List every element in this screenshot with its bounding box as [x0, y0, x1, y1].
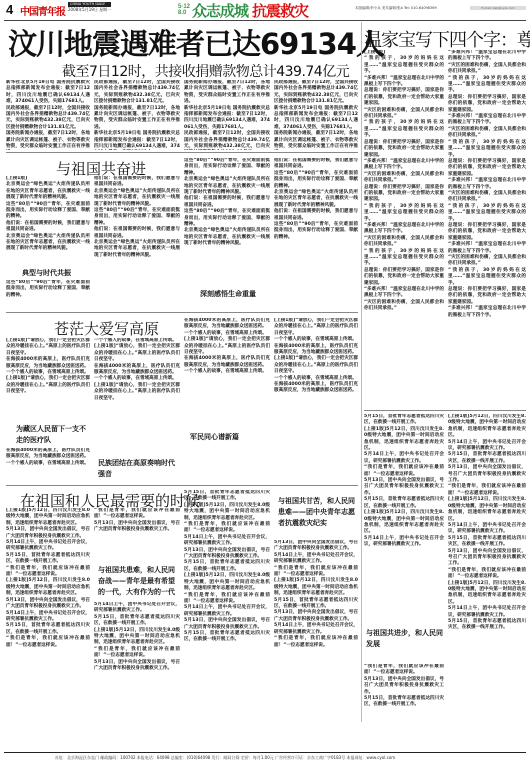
needed-paragraph: 5月15日，首批青年志愿者抵达四川灾区，在救援一线开展工作。	[448, 452, 526, 465]
main-story-paragraph: 新华社北京5月19日电 国务院抗震救灾总指挥部新闻发布会通报：截至7日12时，四…	[94, 131, 180, 150]
main-story-column-1: 新华社北京5月19日电 国务院抗震救灾总指挥部新闻发布会通报：截至7日12时，四…	[6, 80, 90, 150]
youth-paragraph: 他们说：在祖国需要的时候，我们愿意与祖国共同奋进。	[6, 221, 90, 234]
plateau-paragraph: 在海拔4000米的高原上，医疗队员们克服高原反应，为当地藏族群众送医送药。	[274, 344, 358, 357]
main-story-paragraph: 新华社北京5月19日电 国务院抗震救灾总指挥部新闻发布会通报：截至7日12时，四…	[184, 106, 270, 132]
masthead-meta: CHINA YOUTH DAILY 2008年5月19日 星期一	[68, 2, 111, 12]
needed-paragraph: 5月14日上午，团中央书记处召开会议，研究部署抗震救灾工作。	[94, 602, 180, 615]
needed-paragraph: [上接1版]5月12日，四川汶川发生8.0级特大地震，团中央第一时间启动应急机制…	[184, 573, 270, 592]
youth-paragraph: 北京奥运会“绿色奥运”火炬传递队员所在地的灾区青年志愿者，在抗震救灾一线展现了新…	[274, 190, 358, 209]
needed-paragraph: 5月13日，团中央向全国发出倡议，号召广大团员青年积极投身抗震救灾工作。	[274, 610, 358, 623]
needed-paragraph: 5月14日上午，团中央书记处召开会议，研究部署抗震救灾工作。	[274, 553, 358, 566]
needed-paragraph: [上接1版]5月12日，四川汶川发生8.0级特大地震，团中央第一时间启动应急机制…	[448, 497, 526, 523]
needed-paragraph: 5月14日上午，团中央书记处召开会议，研究部署抗震救灾工作。	[274, 623, 358, 636]
needed-paragraph: “我们是青年，我们就应该冲在最前面！”一位志愿者这样说。	[448, 484, 526, 497]
youth-paragraph: 北京奥运会“绿色奥运”火炬传递队员所在地的灾区青年志愿者，在抗震救灾一线展现了新…	[184, 228, 270, 247]
right-story-paragraph: 总理说：你们要把学习搞好，国家是你们的依靠，党和政府一定会帮助大家重建家园。	[448, 223, 526, 242]
right-story-paragraph: “我的孩子，30岁的妈妈在这里……”温家宝总理握住受灾群众的手。	[364, 204, 444, 223]
needed-paragraph: 5月15日，首批青年志愿者抵达四川灾区，在救援一线开展工作。	[6, 623, 90, 636]
plateau-paragraph: 在海拔4000米的高原上，医疗队员们克服高原反应，为当地藏族群众送医送药。	[6, 448, 90, 461]
right-story-paragraph: “灾区的困难和伤痛，全国人民都会和你们共同承担。”	[364, 108, 444, 121]
youth-subhead-2: 深刻感悟生命重量	[200, 289, 270, 300]
youth-paragraph: 北京奥运会“绿色奥运”火炬传递队员所在地的灾区青年志愿者，在抗震救灾一线展现了新…	[94, 189, 180, 208]
plateau-column-1: [上接1版]“请放心，我们一定会把灾区群众的冷暖挂在心上。”高原上的医疗队员们日…	[6, 338, 90, 422]
right-story-paragraph: 总理说：你们要把学习搞好，国家是你们的依靠，党和政府一定会帮助大家重建家园。	[448, 159, 526, 178]
needed-paragraph: 5月15日，首批青年志愿者抵达四川灾区，在救援一线开展工作。	[274, 598, 358, 611]
needed-paragraph: 5月14日上午，团中央书记处召开会议，研究部署抗震救灾工作。	[184, 605, 270, 618]
youth-paragraph: 这些“80后”“90后”青年，在灾难面前挺身而出，用实际行动诠释了爱国、奉献的精…	[94, 208, 180, 227]
needed-paragraph: 5月14日上午，团中央书记处召开会议，研究部署抗震救灾工作。	[448, 440, 526, 453]
editor-credits: 本版编辑/李小兵 美术编辑/张A Tel: 010-64098369	[355, 6, 437, 11]
needed-paragraph: “我们是青年，我们就应该冲在最前面！”一位志愿者这样说。	[6, 636, 90, 649]
youth-paragraph: 他们说：在祖国需要的时候，我们愿意与祖国共同奋进。	[184, 196, 270, 209]
needed-paragraph: [上接1版]5月12日，四川汶川发生8.0级特大地震，团中央第一时间启动应急机制…	[6, 578, 90, 597]
youth-paragraph: 他们说：在祖国需要的时候，我们愿意与祖国共同奋进。	[274, 158, 358, 171]
plateau-paragraph: 在海拔4000米的高原上，医疗队员们克服高原反应，为当地藏族群众送医送药。	[184, 356, 270, 369]
main-story-paragraph: 新华社北京5月19日电 国务院抗震救灾总指挥部新闻发布会通报：截至7日12时，四…	[6, 80, 90, 106]
main-story-column-3: 国务院新闻办通报，截至7日12时，各地累计向灾区调运帐篷、被子、衣物等救灾物资，…	[184, 80, 270, 150]
needed-paragraph: 5月14日上午，团中央书记处召开会议，研究部署抗震救灾工作。	[6, 540, 90, 553]
right-story-column-1: [上接1版] “我的孩子，30岁的妈妈在这里……”温家宝总理握住受灾群众的手。 …	[364, 50, 444, 408]
plateau-subhead-2: 民族团结在高原奏响时代强音	[98, 458, 178, 480]
needed-paragraph: 5月15日，首批青年志愿者抵达四川灾区，在救援一线开展工作。	[6, 553, 90, 566]
needed-paragraph: 5月13日，团中央向全国发出倡议，号召广大团员青年积极投身抗震救灾工作。	[184, 618, 270, 631]
plateau-column-3: 在海拔4000米的高原上，医疗队员们克服高原反应，为当地藏族群众送医送药。 一个…	[184, 318, 270, 428]
right-lower-column-1b: “我们是青年，我们就应该冲在最前面！”一位志愿者这样说。 5月13日，团中央向全…	[364, 664, 444, 746]
needed-paragraph: “我们是青年，我们就应该冲在最前面！”一位志愿者这样说。	[364, 465, 444, 478]
needed-paragraph: 5月13日，团中央向全国发出倡议，号召广大团员青年积极投身抗震救灾工作。	[364, 478, 444, 497]
right-story-headline: 温家宝写下四个字：尊严，刚强	[364, 26, 530, 52]
plateau-paragraph: 一个个感人的故事，在雪域高原上传颂。	[6, 461, 90, 467]
youth-paragraph: 他们说：在祖国需要的时候，我们愿意与祖国共同奋进。	[94, 176, 180, 189]
right-story-paragraph: “多难兴邦！”温家宝总理在北川中学的黑板上写下四个字。	[448, 242, 526, 255]
needed-paragraph: 5月13日，团中央向全国发出倡议，号召广大团员青年积极投身抗震救灾工作。	[94, 660, 180, 673]
needed-paragraph: 5月15日，首批青年志愿者抵达四川灾区，在救援一线开展工作。	[364, 497, 444, 510]
main-story-paragraph: 国务院新闻办通报，截至7日12时，各地累计向灾区调运帐篷、被子、衣物等救灾物资，…	[94, 106, 180, 132]
right-story-paragraph: “我的孩子，30岁的妈妈在这里……”温家宝总理握住受灾群众的手。	[448, 140, 526, 159]
right-story-paragraph: “灾区的困难和伤痛，全国人民都会和你们共同承担。”	[364, 236, 444, 249]
youth-paragraph: 他们说：在祖国需要的时候，我们愿意与祖国共同奋进。	[94, 227, 180, 240]
column-divider	[361, 22, 362, 722]
needed-paragraph: “我们是青年，我们就应该冲在最前面！”一位志愿者这样说。	[6, 566, 90, 579]
right-story-paragraph: 总理说：你们要把学习搞好，国家是你们的依靠，党和政府一定会帮助大家重建家园。	[364, 268, 444, 287]
needed-paragraph: [上接1版]5月12日，四川汶川发生8.0级特大地震，团中央第一时间启动应急机制…	[448, 414, 526, 440]
main-story-paragraph: 国务院新闻办通报，截至7日12时，各地累计向灾区调运帐篷、被子、衣物等救灾物资，…	[184, 80, 270, 106]
earthquake-banner: 5·12 8.0 众志成城 抗震救灾	[178, 1, 308, 19]
main-story-paragraph: 新华社北京5月19日电 国务院抗震救灾总指挥部新闻发布会通报：截至7日12时，四…	[274, 106, 358, 132]
right-story-paragraph: “我的孩子，30岁的妈妈在这里……”温家宝总理握住受灾群众的手。	[364, 120, 444, 139]
page-number: 4	[6, 2, 13, 17]
right-story-paragraph: 总理说：你们要把学习搞好，国家是你们的依靠，党和政府一定会帮助大家重建家园。	[364, 185, 444, 204]
right-story-paragraph: “多难兴邦！”温家宝总理在北川中学的黑板上写下四个字。	[448, 178, 526, 191]
needed-subhead-3: 与祖国共进步，和人民同发展	[366, 628, 444, 650]
right-story-paragraph: “多难兴邦！”温家宝总理在北川中学的黑板上写下四个字。	[448, 50, 526, 63]
plateau-column-4: [上接1版]“请放心，我们一定会把灾区群众的冷暖挂在心上。”高原上的医疗队员们日…	[274, 318, 358, 473]
youth-paragraph: 北京奥运会“绿色奥运”火炬传递队员所在地的灾区青年志愿者，在抗震救灾一线展现了新…	[6, 182, 90, 201]
needed-paragraph: 5月15日，首批青年志愿者抵达四川灾区，在救援一线开展工作。	[448, 619, 526, 632]
needed-paragraph: 5月15日，首批青年志愿者抵达四川灾区，在救援一线开展工作。	[184, 560, 270, 573]
newspaper-logo: 中国青年报	[20, 3, 65, 18]
plateau-paragraph: [上接1版]“请放心，我们一定会把灾区群众的冷暖挂在心上。”高原上的医疗队员们日…	[94, 383, 180, 402]
right-story-paragraph: “多难兴邦！”温家宝总理在北川中学的黑板上写下四个字。	[448, 114, 526, 127]
right-story-paragraph: “灾区的困难和伤痛，全国人民都会和你们共同承担。”	[448, 191, 526, 204]
needed-paragraph: “我们是青年，我们就应该冲在最前面！”一位志愿者这样说。	[364, 664, 444, 677]
right-story-paragraph: 总理说：你们要把学习搞好，国家是你们的依靠，党和政府一定会帮助大家重建家园。	[364, 88, 444, 107]
main-story-paragraph: 民政部通报，截至7日12时，全国共接收国内外社会各界捐赠款物总计439.74亿元…	[184, 131, 270, 150]
needed-paragraph: [上接1版]5月12日，四川汶川发生8.0级特大地震，团中央第一时间启动应急机制…	[6, 508, 90, 527]
needed-paragraph: 5月13日，团中央向全国发出倡议，号召广大团员青年积极投身抗震救灾工作。	[364, 677, 444, 696]
masthead: 4 中国青年报 CHINA YOUTH DAILY 2008年5月19日 星期一…	[0, 0, 530, 20]
needed-column-2: “我们是青年，我们就应该冲在最前面！”一位志愿者这样说。 5月13日，团中央向全…	[94, 508, 180, 564]
needed-paragraph: 5月14日上午，团中央书记处召开会议，研究部署抗震救灾工作。	[6, 611, 90, 624]
youth-column-3: 这些“80后”“90后”青年，在灾难面前挺身而出，用实际行动诠释了爱国、奉献的精…	[184, 158, 270, 286]
needed-subhead-2: 与祖国共甘苦，和人民同患难——团中央青年志愿者抗震救灾纪实	[278, 496, 358, 529]
needed-paragraph: “我们是青年，我们就应该冲在最前面！”一位志愿者这样说。	[184, 593, 270, 606]
needed-paragraph: 5月14日上午，团中央书记处召开会议，研究部署抗震救灾工作。	[448, 606, 526, 619]
section-divider	[6, 152, 358, 153]
needed-paragraph: 5月15日，首批青年志愿者抵达四川灾区，在救援一线开展工作。	[448, 536, 526, 549]
right-story-paragraph: 总理说：你们要把学习搞好，国家是你们的依靠，党和政府一定会帮助大家重建家园。	[448, 95, 526, 114]
section-divider	[6, 312, 358, 313]
needed-paragraph: “我们是青年，我们就应该冲在最前面！”一位志愿者这样说。	[184, 522, 270, 535]
needed-paragraph: 5月13日，团中央向全国发出倡议，号召广大团员青年积极投身抗震救灾工作。	[448, 549, 526, 568]
needed-paragraph: 5月14日上午，团中央书记处召开会议，研究部署抗震救灾工作。	[448, 523, 526, 536]
needed-paragraph: 5月13日，团中央向全国发出倡议，号召广大团员青年积极投身抗震救灾工作。	[274, 540, 358, 553]
plateau-paragraph: 一个个感人的故事，在雪域高原上传颂。	[184, 369, 270, 375]
plateau-paragraph: 在海拔4000米的高原上，医疗队员们克服高原反应，为当地藏族群众送医送药。	[6, 357, 90, 370]
issue-date: 2008年5月19日	[68, 7, 98, 12]
needed-paragraph: 5月13日，团中央向全国发出倡议，号召广大团员青年积极投身抗震救灾工作。	[6, 527, 90, 540]
right-story-paragraph: “我的孩子，30岁的妈妈在这里……”温家宝总理握住受灾群众的手。	[448, 204, 526, 223]
main-story-column-4: 民政部通报，截至7日12时，全国共接收国内外社会各界捐赠款物总计439.74亿元…	[274, 80, 358, 150]
masthead-rule	[4, 20, 526, 21]
needed-paragraph: 5月15日，首批青年志愿者抵达四川灾区，在救援一线开展工作。	[364, 696, 444, 709]
plateau-subhead-3: 军民同心谱新篇	[190, 432, 270, 443]
right-story-paragraph: “我的孩子，30岁的妈妈在这里……”温家宝总理握住受灾群众的手。	[448, 268, 526, 287]
needed-paragraph: 5月15日，首批青年志愿者抵达四川灾区，在救援一线开展工作。	[184, 631, 270, 644]
plateau-section-headline: 苍茫大爱写高原	[54, 318, 159, 339]
main-story-paragraph: 国务院新闻办通报，截至7日12时，各地累计向灾区调运帐篷、被子、衣物等救灾物资，…	[274, 131, 358, 150]
main-story-paragraph: 民政部通报，截至7日12时，全国共接收国内外社会各界捐赠款物总计439.74亿元…	[6, 106, 90, 132]
banner-slogan-red: 抗震救灾	[252, 0, 308, 21]
main-story-paragraph: 民政部通报，截至7日12时，全国共接收国内外社会各界捐赠款物总计439.74亿元…	[274, 80, 358, 106]
youth-paragraph: 这些“80后”“90后”青年，在灾难面前挺身而出，用实际行动诠释了爱国、奉献的精…	[6, 202, 90, 221]
needed-paragraph: “我们是青年，我们就应该冲在最前面！”一位志愿者这样说。	[94, 647, 180, 660]
needed-paragraph: “我们是青年，我们就应该冲在最前面！”一位志愿者这样说。	[94, 508, 180, 521]
needed-paragraph: 5月14日上午，团中央书记处召开会议，研究部署抗震救灾工作。	[184, 535, 270, 548]
right-story-paragraph: “灾区的困难和伤痛，全国人民都会和你们共同承担。”	[364, 172, 444, 185]
plateau-paragraph: [上接1版]“请放心，我们一定会把灾区群众的冷暖挂在心上。”高原上的医疗队员们日…	[274, 318, 358, 337]
needed-paragraph: 5月14日上午，团中央书记处召开会议，研究部署抗震救灾工作。	[364, 452, 444, 465]
needed-paragraph: 5月13日，团中央向全国发出倡议，号召广大团员青年积极投身抗震救灾工作。	[94, 521, 180, 534]
section-divider	[6, 485, 358, 486]
needed-paragraph: “我们是青年，我们就应该冲在最前面！”一位志愿者这样说。	[274, 566, 358, 579]
right-story-paragraph: “多难兴邦！”温家宝总理在北川中学的黑板上写下四个字。	[448, 306, 526, 319]
needed-paragraph: 5月14日上午，团中央书记处召开会议，研究部署抗震救灾工作。	[364, 536, 444, 549]
issue-weekday: 星期一	[99, 7, 111, 12]
plateau-paragraph: [上接1版]“请放心，我们一定会把灾区群众的冷暖挂在心上。”高原上的医疗队员们日…	[6, 376, 90, 395]
youth-column-1b: 这些“80后”“90后”青年，在灾难面前挺身而出，用实际行动诠释了爱国、奉献的精…	[6, 280, 90, 298]
main-story-paragraph: 国务院新闻办通报，截至7日12时，各地累计向灾区调运帐篷、被子、衣物等救灾物资，…	[6, 131, 90, 150]
youth-paragraph: 这些“80后”“90后”青年，在灾难面前挺身而出，用实际行动诠释了爱国、奉献的精…	[274, 222, 358, 241]
plateau-paragraph: 一个个感人的故事，在雪域高原上传颂。	[274, 337, 358, 343]
main-story-paragraph: 民政部通报，截至7日12时，全国共接收国内外社会各界捐赠款物总计439.74亿元…	[94, 80, 180, 106]
footer-imprint: 社址：北京海淀区东直门 邮政编码：100702 本报电话：64098 总编室：(…	[55, 755, 395, 761]
contact-email: E-mail: zqb@cyol.com	[470, 6, 526, 10]
youth-paragraph: 这些“80后”“90后”青年，在灾难面前挺身而出，用实际行动诠释了爱国、奉献的精…	[6, 280, 90, 298]
needed-paragraph: 5月15日，首批青年志愿者抵达四川灾区，在救援一线开展工作。	[364, 414, 444, 427]
right-story-paragraph: “灾区的困难和伤痛，全国人民都会和你们共同承担。”	[364, 300, 444, 313]
youth-column-2: 他们说：在祖国需要的时候，我们愿意与祖国共同奋进。 北京奥运会“绿色奥运”火炬传…	[94, 176, 180, 298]
plateau-paragraph: 在海拔4000米的高原上，医疗队员们克服高原反应，为当地藏族群众送医送药。	[184, 318, 270, 331]
needed-column-1: [上接1版]5月12日，四川汶川发生8.0级特大地震，团中央第一时间启动应急机制…	[6, 508, 90, 746]
right-story-paragraph: “灾区的困难和伤痛，全国人民都会和你们共同承担。”	[448, 127, 526, 140]
plateau-paragraph: [上接1版]“请放心，我们一定会把灾区群众的冷暖挂在心上。”高原上的医疗队员们日…	[184, 337, 270, 356]
right-lower-column-2: [上接1版]5月12日，四川汶川发生8.0级特大地震，团中央第一时间启动应急机制…	[448, 414, 526, 746]
youth-subhead-1: 典型与时代共振	[22, 268, 82, 279]
page-footer: 社址：北京海淀区东直门 邮政编码：100702 本报电话：64098 总编室：(…	[0, 752, 530, 763]
youth-paragraph: 他们说：在祖国需要的时候，我们愿意与祖国共同奋进。	[274, 209, 358, 222]
right-story-column-2: “多难兴邦！”温家宝总理在北川中学的黑板上写下四个字。 “灾区的困难和伤痛，全国…	[448, 50, 526, 408]
needed-paragraph: 5月13日，团中央向全国发出倡议，号召广大团员青年积极投身抗震救灾工作。	[184, 548, 270, 561]
plateau-paragraph: [上接1版]“请放心，我们一定会把灾区群众的冷暖挂在心上。”高原上的医疗队员们日…	[94, 344, 180, 363]
needed-paragraph: “我们是青年，我们就应该冲在最前面！”一位志愿者这样说。	[448, 568, 526, 581]
plateau-paragraph: 在海拔4000米的高原上，医疗队员们克服高原反应，为当地藏族群众送医送药。	[94, 364, 180, 377]
needed-paragraph: [上接1版]5月12日，四川汶川发生8.0级特大地震，团中央第一时间启动应急机制…	[184, 503, 270, 522]
right-story-paragraph: “灾区的困难和伤痛，全国人民都会和你们共同承担。”	[448, 255, 526, 268]
needed-paragraph: [上接1版]5月12日，四川汶川发生8.0级特大地震，团中央第一时间启动应急机制…	[274, 578, 358, 597]
youth-paragraph: 这些“80后”“90后”青年，在灾难面前挺身而出，用实际行动诠释了爱国、奉献的精…	[184, 209, 270, 228]
needed-subhead-1: 与祖国共患难，和人民同奋战——青年是最有希望的一代，大有作为的一代	[98, 565, 178, 598]
section-divider	[364, 410, 526, 411]
banner-slogan-green: 众志成城	[192, 0, 248, 21]
youth-paragraph: 这些“80后”“90后”青年，在灾难面前挺身而出，用实际行动诠释了爱国、奉献的精…	[274, 171, 358, 190]
needed-paragraph: 5月13日，团中央向全国发出倡议，号召广大团员青年积极投身抗震救灾工作。	[448, 465, 526, 484]
right-story-paragraph: “多难兴邦！”温家宝总理在北川中学的黑板上写下四个字。	[364, 287, 444, 300]
plateau-subhead-1: 为藏区人民留下一支不走的医疗队	[16, 424, 86, 446]
needed-paragraph: “我们是青年，我们就应该冲在最前面！”一位志愿者这样说。	[274, 636, 358, 649]
youth-paragraph: 北京奥运会“绿色奥运”火炬传递队员所在地的灾区青年志愿者，在抗震救灾一线展现了新…	[94, 240, 180, 259]
right-story-paragraph: 总理说：你们要把学习搞好，国家是你们的依靠，党和政府一定会帮助大家重建家园。	[364, 140, 444, 159]
plateau-paragraph: [上接1版]“请放心，我们一定会把灾区群众的冷暖挂在心上。”高原上的医疗队员们日…	[274, 356, 358, 375]
plateau-column-2: 一个个感人的故事，在雪域高原上传颂。 [上接1版]“请放心，我们一定会把灾区群众…	[94, 338, 180, 458]
right-story-paragraph: “灾区的困难和伤痛，全国人民都会和你们共同承担。”	[448, 63, 526, 76]
needed-paragraph: [上接1版]5月12日，四川汶川发生8.0级特大地震，团中央第一时间启动应急机制…	[364, 427, 444, 453]
youth-paragraph: 这些“80后”“90后”青年，在灾难面前挺身而出，用实际行动诠释了爱国、奉献的精…	[184, 158, 270, 177]
plateau-paragraph: [上接1版]“请放心，我们一定会把灾区群众的冷暖挂在心上。”高原上的医疗队员们日…	[6, 338, 90, 357]
right-story-paragraph: “多难兴邦！”温家宝总理在北川中学的黑板上写下四个字。	[364, 76, 444, 89]
main-story-column-2: 民政部通报，截至7日12时，全国共接收国内外社会各界捐赠款物总计439.74亿元…	[94, 80, 180, 150]
plateau-paragraph: 在海拔4000米的高原上，医疗队员们克服高原反应，为当地藏族群众送医送药。	[274, 382, 358, 395]
needed-column-3: 5月15日，首批青年志愿者抵达四川灾区，在救援一线开展工作。 [上接1版]5月1…	[184, 490, 270, 746]
right-story-paragraph: “我的孩子，30岁的妈妈在这里……”温家宝总理握住受灾群众的手。	[364, 249, 444, 268]
right-story-paragraph: “多难兴邦！”温家宝总理在北川中学的黑板上写下四个字。	[364, 159, 444, 172]
plateau-paragraph: 一个个感人的故事，在雪域高原上传颂。	[94, 376, 180, 382]
right-story-paragraph: “我的孩子，30岁的妈妈在这里……”温家宝总理握住受灾群众的手。	[364, 56, 444, 75]
needed-paragraph: 5月15日，首批青年志愿者抵达四川灾区，在救援一线开展工作。	[184, 490, 270, 503]
right-story-paragraph: 总理说：你们要把学习搞好，国家是你们的依靠，党和政府一定会帮助大家重建家园。	[448, 287, 526, 306]
right-story-paragraph: “多难兴邦！”温家宝总理在北川中学的黑板上写下四个字。	[364, 223, 444, 236]
plateau-column-1b: 在海拔4000米的高原上，医疗队员们克服高原反应，为当地藏族群众送医送药。 一个…	[6, 448, 90, 478]
needed-column-2b: 5月14日上午，团中央书记处召开会议，研究部署抗震救灾工作。 5月15日，首批青…	[94, 602, 180, 746]
needed-paragraph: 5月13日，团中央向全国发出倡议，号召广大团员青年积极投身抗震救灾工作。	[6, 598, 90, 611]
right-lower-column-1: 5月15日，首批青年志愿者抵达四川灾区，在救援一线开展工作。 [上接1版]5月1…	[364, 414, 444, 610]
youth-column-4: 他们说：在祖国需要的时候，我们愿意与祖国共同奋进。 这些“80后”“90后”青年…	[274, 158, 358, 298]
needed-paragraph: [上接1版]5月12日，四川汶川发生8.0级特大地震，团中央第一时间启动应急机制…	[364, 510, 444, 536]
date-badge-icon: 5·12 8.0	[178, 4, 192, 16]
right-story-paragraph: “我的孩子，30岁的妈妈在这里……”温家宝总理握住受灾群众的手。	[448, 76, 526, 95]
needed-paragraph: [上接1版]5月12日，四川汶川发生8.0级特大地震，团中央第一时间启动应急机制…	[94, 628, 180, 647]
needed-paragraph: [上接1版]5月12日，四川汶川发生8.0级特大地震，团中央第一时间启动应急机制…	[448, 581, 526, 607]
needed-paragraph: 5月15日，首批青年志愿者抵达四川灾区，在救援一线开展工作。	[94, 615, 180, 628]
main-headline: 汶川地震遇难者已达69134人	[8, 22, 384, 63]
main-subheadline: 截至7日12时，共接收捐赠款物总计439.74亿元	[62, 61, 349, 81]
footer-rule	[4, 752, 526, 753]
youth-paragraph: 北京奥运会“绿色奥运”火炬传递队员所在地的灾区青年志愿者，在抗震救灾一线展现了新…	[6, 234, 90, 253]
needed-column-4: 5月13日，团中央向全国发出倡议，号召广大团员青年积极投身抗震救灾工作。 5月1…	[274, 540, 358, 746]
youth-paragraph: 北京奥运会“绿色奥运”火炬传递队员所在地的灾区青年志愿者，在抗震救灾一线展现了新…	[184, 177, 270, 196]
